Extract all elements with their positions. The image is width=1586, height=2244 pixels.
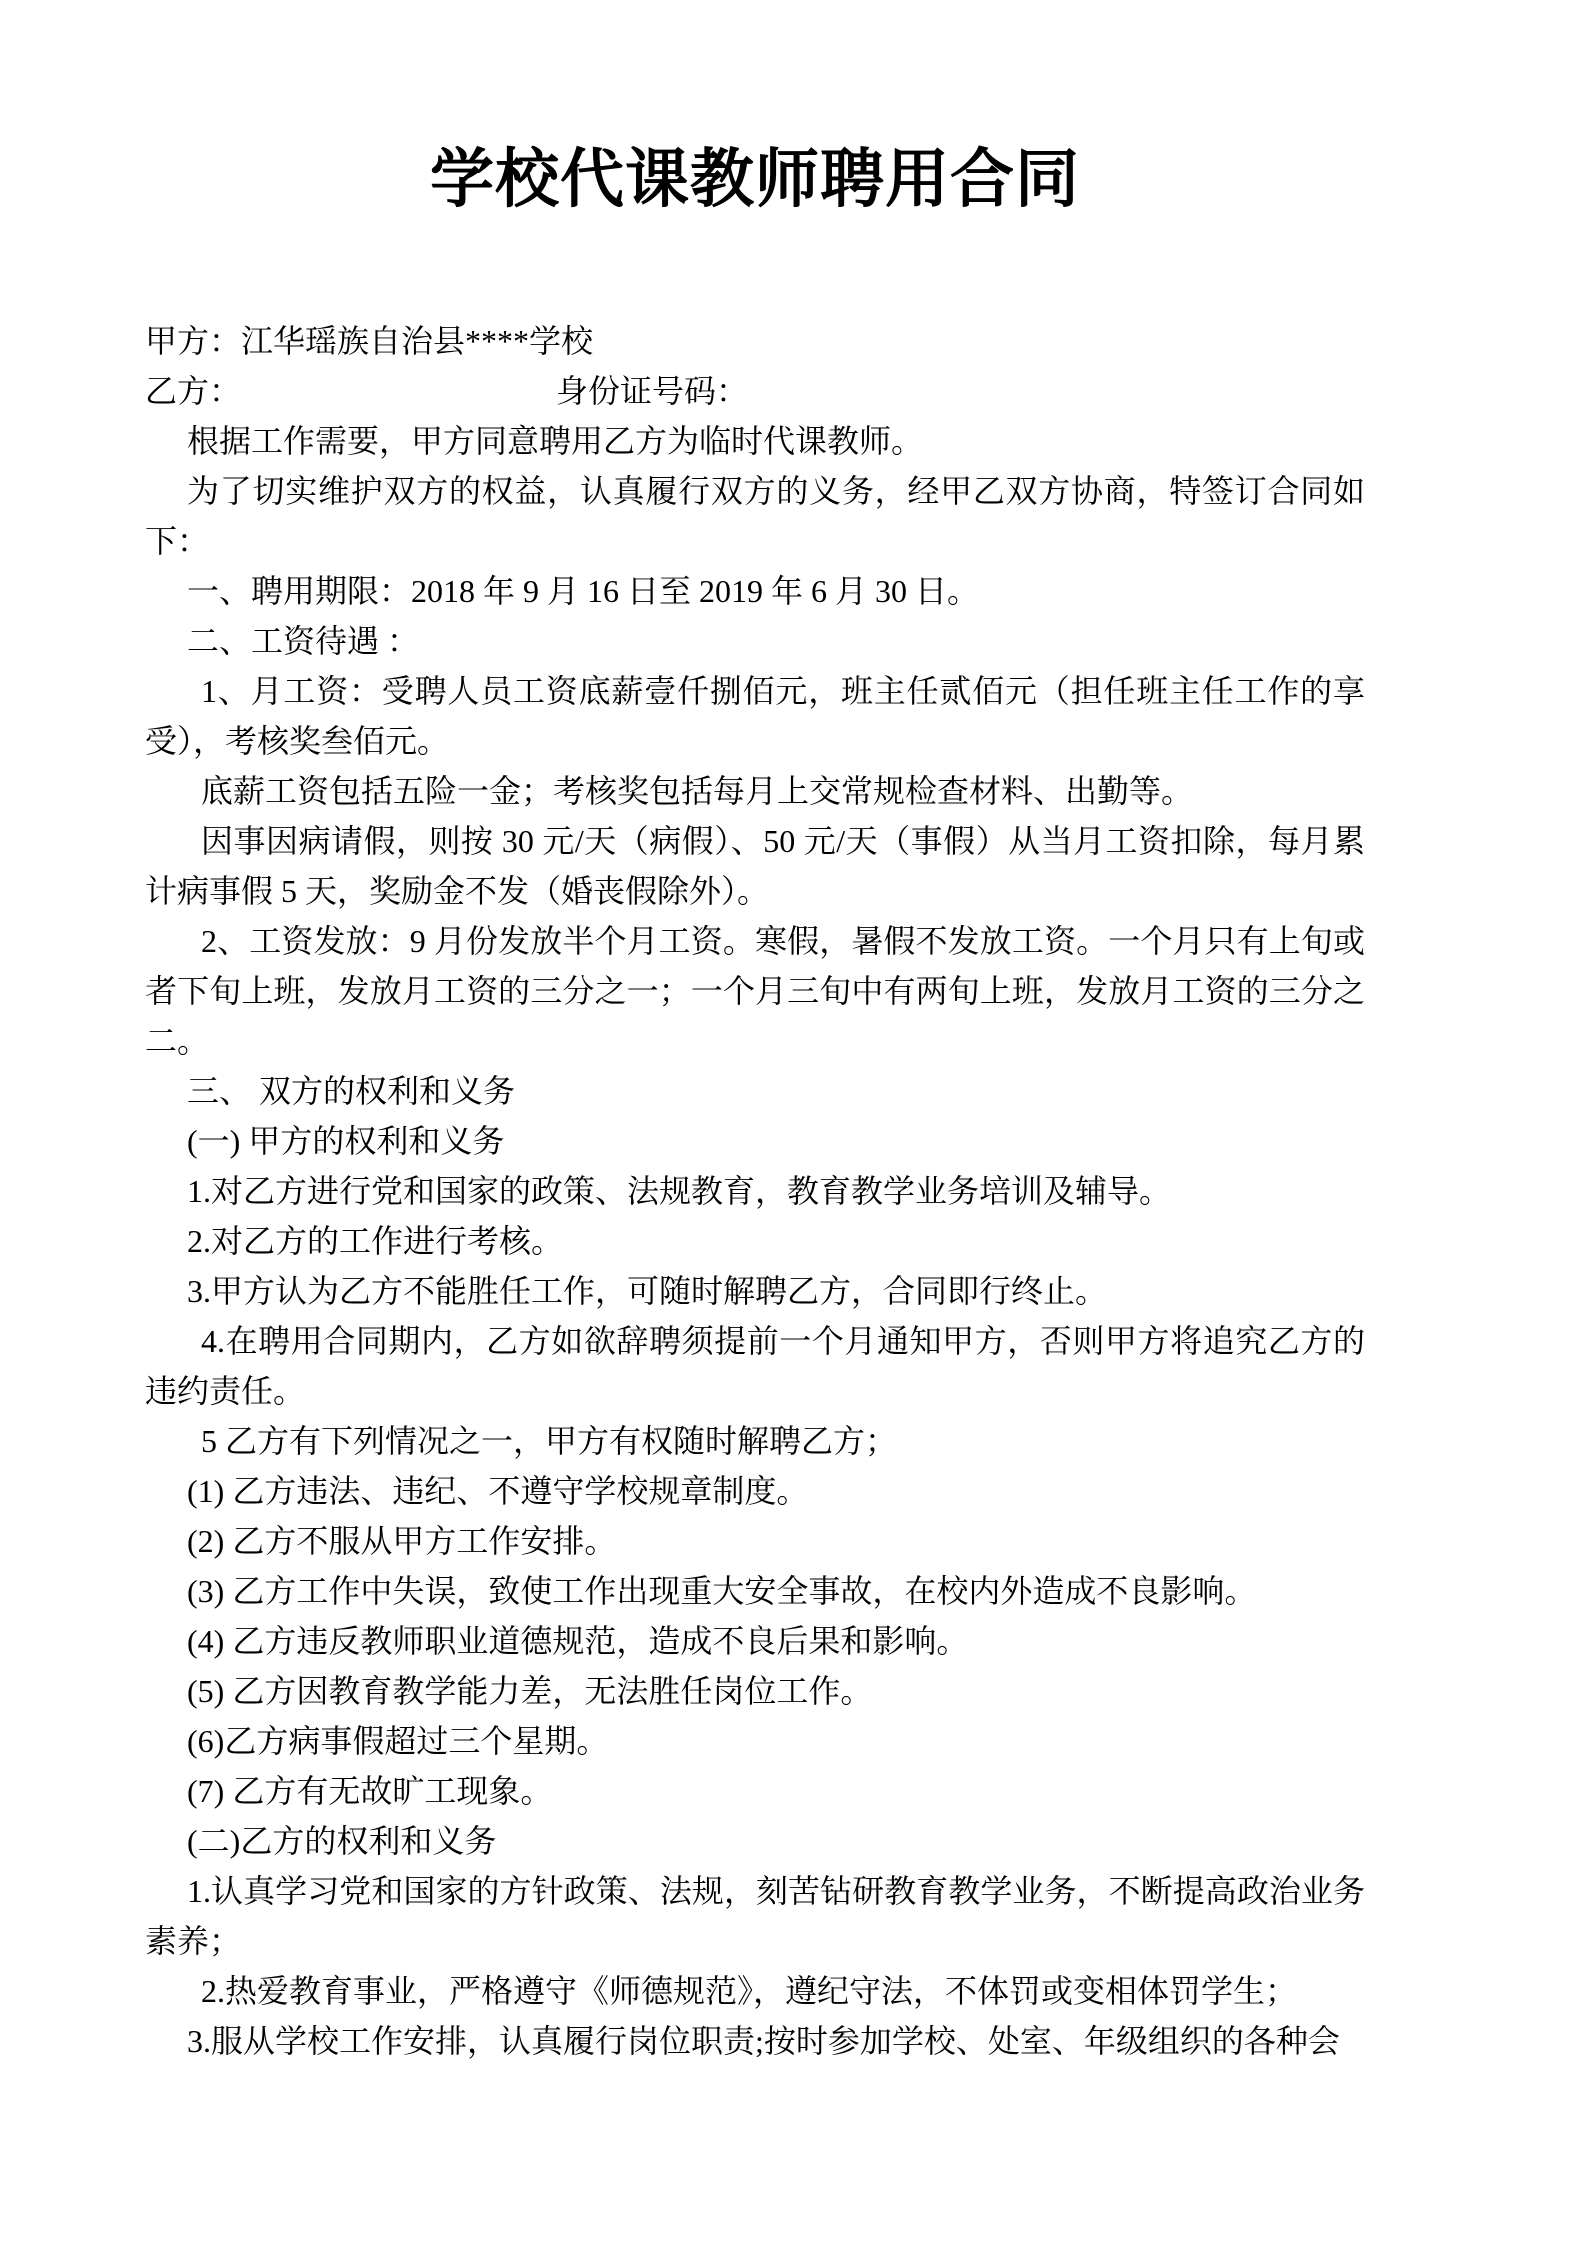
party-b-line: 乙方：身份证号码： (145, 366, 1365, 416)
id-number-label: 身份证号码： (556, 373, 748, 409)
contract-paragraph: (5) 乙方因教育教学能力差，无法胜任岗位工作。 (145, 1666, 1365, 1716)
contract-paragraph: (2) 乙方不服从甲方工作安排。 (145, 1516, 1365, 1566)
contract-paragraph: 1、月工资：受聘人员工资底薪壹仟捌佰元，班主任贰佰元（担任班主任工作的享受），考… (145, 666, 1365, 766)
contract-paragraph: (二)乙方的权利和义务 (145, 1816, 1365, 1866)
contract-paragraph: (一) 甲方的权利和义务 (145, 1116, 1365, 1166)
contract-paragraph: 三、 双方的权利和义务 (145, 1066, 1365, 1116)
contract-paragraph: (1) 乙方违法、违纪、不遵守学校规章制度。 (145, 1466, 1365, 1516)
party-a-line: 甲方：江华瑶族自治县****学校 (145, 316, 1365, 366)
contract-paragraph: 5 乙方有下列情况之一，甲方有权随时解聘乙方； (145, 1416, 1365, 1466)
contract-page: { "document": { "title": "学校代课教师聘用合同", "… (0, 0, 1586, 2244)
contract-paragraph: 为了切实维护双方的权益，认真履行双方的义务，经甲乙双方协商，特签订合同如下： (145, 466, 1365, 566)
document-body: 甲方：江华瑶族自治县****学校 乙方：身份证号码： 根据工作需要，甲方同意聘用… (145, 316, 1365, 2066)
contract-paragraph: (7) 乙方有无故旷工现象。 (145, 1766, 1365, 1816)
document-title: 学校代课教师聘用合同 (145, 128, 1365, 220)
contract-paragraph: 2.对乙方的工作进行考核。 (145, 1216, 1365, 1266)
contract-paragraph: 根据工作需要，甲方同意聘用乙方为临时代课教师。 (145, 416, 1365, 466)
contract-paragraph: 1.对乙方进行党和国家的政策、法规教育，教育教学业务培训及辅导。 (145, 1166, 1365, 1216)
contract-paragraph: 4.在聘用合同期内，乙方如欲辞聘须提前一个月通知甲方，否则甲方将追究乙方的违约责… (145, 1316, 1365, 1416)
contract-paragraph: 底薪工资包括五险一金；考核奖包括每月上交常规检查材料、出勤等。 (145, 766, 1365, 816)
contract-paragraph: 3.甲方认为乙方不能胜任工作，可随时解聘乙方，合同即行终止。 (145, 1266, 1365, 1316)
party-b-label: 乙方： (145, 373, 241, 409)
contract-paragraph: 3.服从学校工作安排，认真履行岗位职责;按时参加学校、处室、年级组织的各种会 (145, 2016, 1365, 2066)
contract-paragraph: 1.认真学习党和国家的方针政策、法规，刻苦钻研教育教学业务，不断提高政治业务素养… (145, 1866, 1365, 1966)
contract-paragraph: (3) 乙方工作中失误，致使工作出现重大安全事故，在校内外造成不良影响。 (145, 1566, 1365, 1616)
contract-paragraph: (4) 乙方违反教师职业道德规范，造成不良后果和影响。 (145, 1616, 1365, 1666)
contract-paragraph: 因事因病请假，则按 30 元/天（病假）、50 元/天（事假）从当月工资扣除，每… (145, 816, 1365, 916)
contract-paragraph: 2.热爱教育事业，严格遵守《师德规范》，遵纪守法，不体罚或变相体罚学生； (145, 1966, 1365, 2016)
contract-paragraph: 二、工资待遇 ： (145, 616, 1365, 666)
contract-paragraph: (6)乙方病事假超过三个星期。 (145, 1716, 1365, 1766)
contract-paragraph: 一、聘用期限：2018 年 9 月 16 日至 2019 年 6 月 30 日。 (145, 566, 1365, 616)
contract-paragraph: 2、工资发放：9 月份发放半个月工资。寒假，暑假不发放工资。一个月只有上旬或者下… (145, 916, 1365, 1066)
document-page: 学校代课教师聘用合同 甲方：江华瑶族自治县****学校 乙方：身份证号码： 根据… (0, 0, 1586, 2066)
